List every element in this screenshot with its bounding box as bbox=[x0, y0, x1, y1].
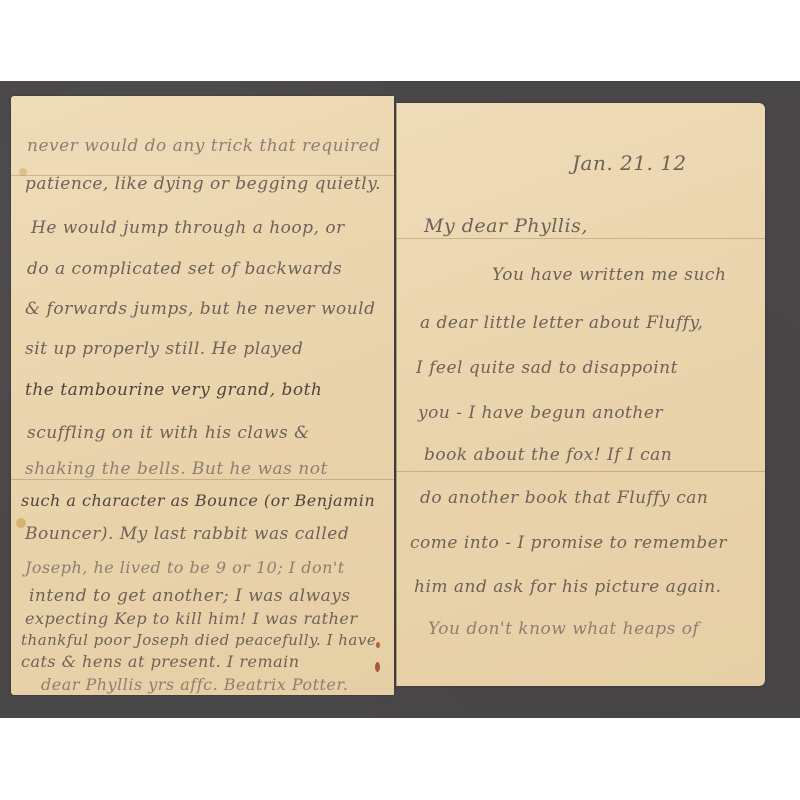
letter-line: cats & hens at present. I remain bbox=[21, 652, 300, 671]
signature-line: dear Phyllis yrs affc. Beatrix Potter. bbox=[41, 675, 348, 694]
letter-line: Joseph, he lived to be 9 or 10; I don't bbox=[25, 558, 345, 577]
fold-crease bbox=[396, 471, 765, 472]
fold-crease bbox=[11, 479, 394, 480]
letter-page-right: Jan. 21. 12 My dear Phyllis, You have wr… bbox=[396, 103, 765, 686]
letter-line: him and ask for his picture again. bbox=[414, 577, 722, 597]
page-edge bbox=[396, 103, 397, 686]
rust-spot bbox=[375, 662, 380, 672]
letter-line: you - I have begun another bbox=[418, 403, 663, 423]
letter-line: a dear little letter about Fluffy, bbox=[420, 313, 703, 333]
letter-line: do a complicated set of backwards bbox=[27, 259, 342, 279]
letter-date: Jan. 21. 12 bbox=[572, 151, 687, 175]
letter-line: & forwards jumps, but he never would bbox=[25, 299, 376, 319]
rust-spot bbox=[376, 642, 380, 648]
letter-line: the tambourine very grand, both bbox=[25, 380, 322, 400]
letter-line: sit up properly still. He played bbox=[25, 339, 303, 359]
letter-line: You don't know what heaps of bbox=[428, 619, 699, 639]
letter-line: expecting Kep to kill him! I was rather bbox=[25, 609, 358, 628]
fold-crease bbox=[396, 238, 765, 239]
letter-line: come into - I promise to remember bbox=[410, 533, 727, 553]
letter-line: I feel quite sad to disappoint bbox=[416, 358, 678, 378]
letter-page-left: never would do any trick that required p… bbox=[11, 96, 394, 695]
letter-line: intend to get another; I was always bbox=[29, 586, 351, 606]
letter-line: book about the fox! If I can bbox=[424, 445, 672, 465]
letter-line: thankful poor Joseph died peacefully. I … bbox=[21, 631, 376, 649]
letter-line: do another book that Fluffy can bbox=[420, 488, 708, 508]
letter-line: Bouncer). My last rabbit was called bbox=[25, 524, 349, 544]
letter-salutation: My dear Phyllis, bbox=[424, 215, 588, 237]
letter-line: scuffling on it with his claws & bbox=[27, 423, 310, 443]
letter-line: shaking the bells. But he was not bbox=[25, 459, 328, 479]
letter-line: He would jump through a hoop, or bbox=[31, 218, 345, 238]
letter-line: such a character as Bounce (or Benjamin bbox=[21, 491, 375, 510]
letter-line: never would do any trick that required bbox=[27, 136, 381, 156]
letter-line: You have written me such bbox=[492, 265, 726, 285]
letter-line: patience, like dying or begging quietly. bbox=[25, 174, 381, 194]
